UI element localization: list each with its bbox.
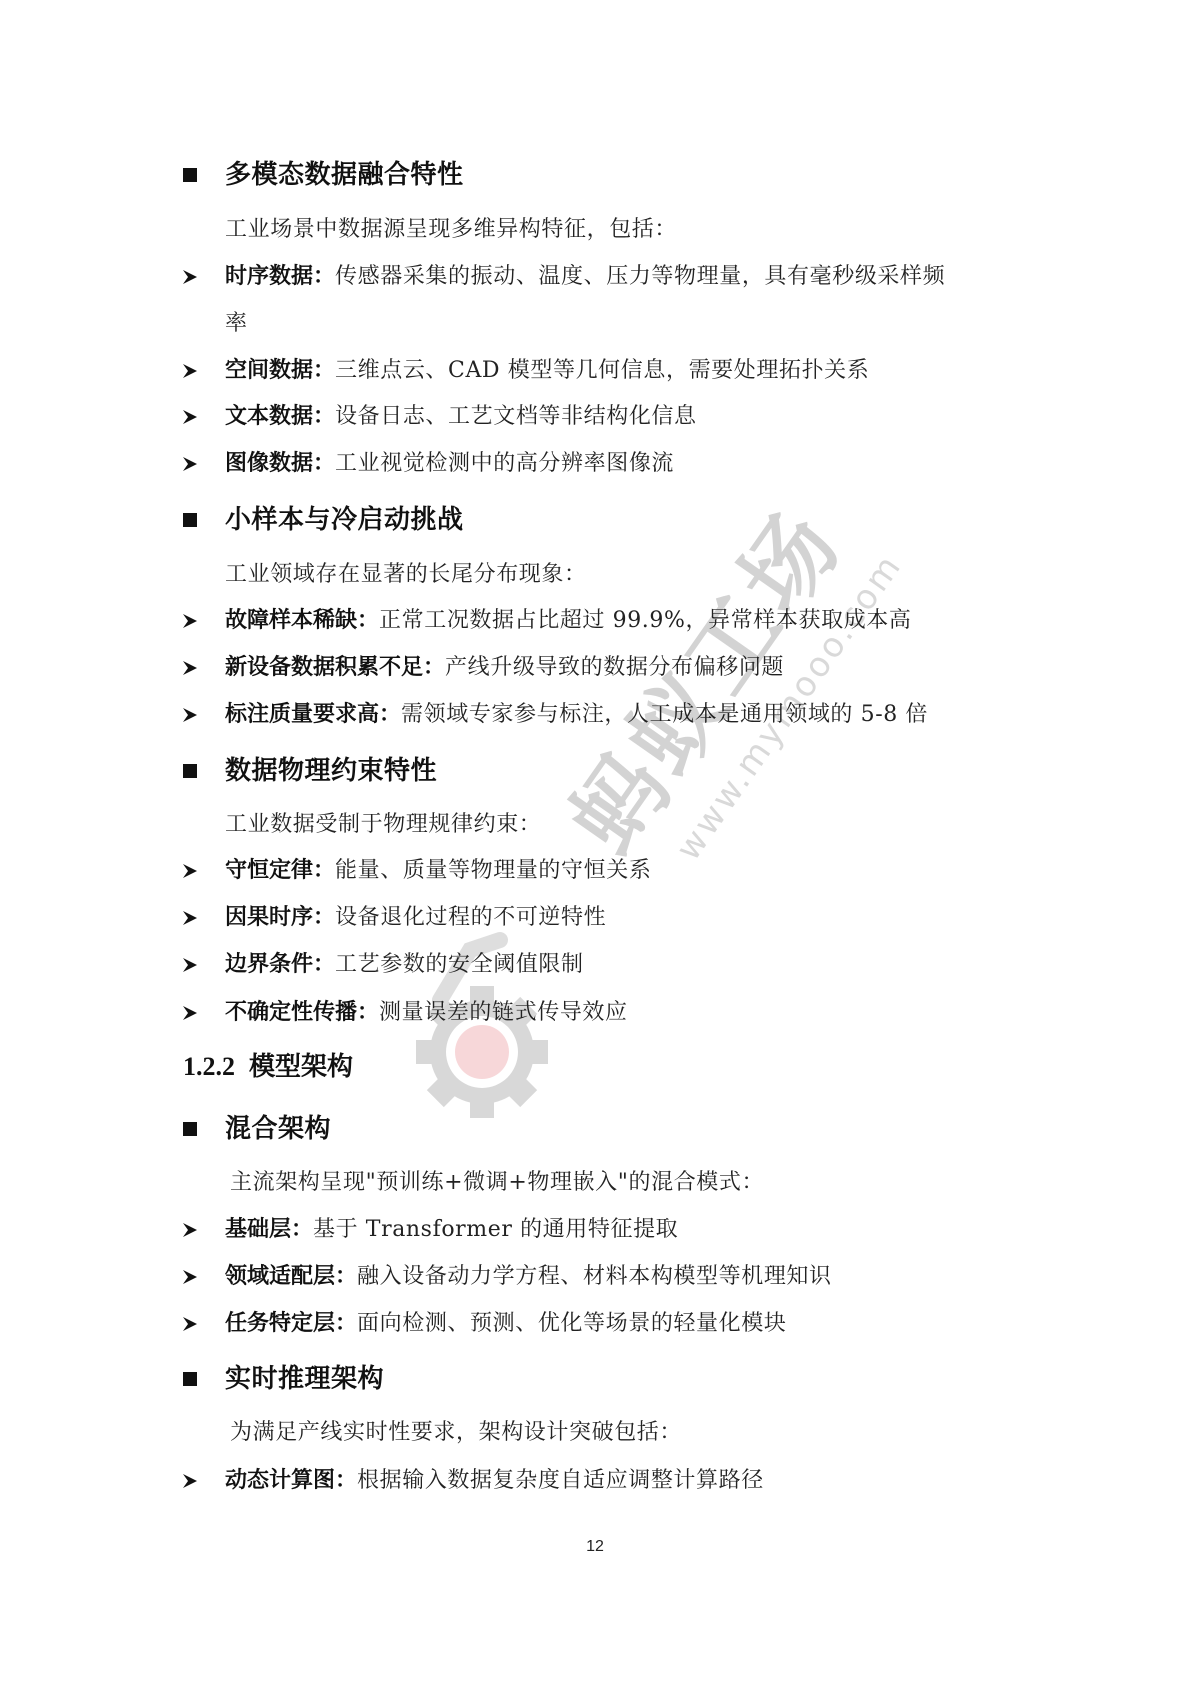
item-text: 工业视觉检测中的高分辨率图像流 xyxy=(335,451,674,476)
item-label: 领域适配层： xyxy=(225,1264,357,1289)
item-text: 产线升级导致的数据分布偏移问题 xyxy=(445,655,784,680)
item-text: 需领域专家参与标注，人工成本是通用领域的 5-8 倍 xyxy=(401,702,928,727)
item-text: 测量误差的链式传导效应 xyxy=(379,1000,628,1025)
square-bullet-icon xyxy=(183,513,197,527)
item-label: 文本数据： xyxy=(225,404,335,429)
list-item: 空间数据：三维点云、CAD 模型等几何信息，需要处理拓扑关系 xyxy=(0,351,1190,391)
list-item: 不确定性传播：测量误差的链式传导效应 xyxy=(0,993,1190,1033)
list-item: 守恒定律：能量、质量等物理量的守恒关系 xyxy=(0,851,1190,891)
list-item: 边界条件：工艺参数的安全阈值限制 xyxy=(0,945,1190,985)
list-item: 标注质量要求高：需领域专家参与标注，人工成本是通用领域的 5-8 倍 xyxy=(0,695,1190,735)
section-heading: 数据物理约束特性 xyxy=(0,751,1190,791)
item-text: 基于 Transformer 的通用特征提取 xyxy=(313,1217,678,1242)
item-label: 边界条件： xyxy=(225,952,335,977)
item-label: 动态计算图： xyxy=(225,1468,357,1493)
arrow-bullet-icon xyxy=(182,910,198,926)
subsection-heading: 1.2.2模型架构 xyxy=(0,1047,1190,1087)
square-bullet-icon xyxy=(183,168,197,182)
section-intro: 工业场景中数据源呈现多维异构特征，包括： xyxy=(0,210,1190,250)
square-bullet-icon xyxy=(183,764,197,778)
arrow-bullet-icon xyxy=(182,363,198,379)
heading-text: 数据物理约束特性 xyxy=(225,751,437,791)
arrow-bullet-icon xyxy=(182,660,198,676)
list-item: 因果时序：设备退化过程的不可逆特性 xyxy=(0,898,1190,938)
arrow-bullet-icon xyxy=(182,1222,198,1238)
item-text: 能量、质量等物理量的守恒关系 xyxy=(335,858,651,883)
item-label: 新设备数据积累不足： xyxy=(225,655,445,680)
item-label: 因果时序： xyxy=(225,905,335,930)
item-label: 不确定性传播： xyxy=(225,1000,379,1025)
item-text: 设备日志、工艺文档等非结构化信息 xyxy=(335,404,697,429)
arrow-bullet-icon xyxy=(182,1005,198,1021)
item-text: 根据输入数据复杂度自适应调整计算路径 xyxy=(357,1468,764,1493)
arrow-bullet-icon xyxy=(182,1316,198,1332)
arrow-bullet-icon xyxy=(182,863,198,879)
arrow-bullet-icon xyxy=(182,1473,198,1489)
square-bullet-icon xyxy=(183,1122,197,1136)
item-label: 图像数据： xyxy=(225,451,335,476)
item-text: 率 xyxy=(225,304,247,344)
arrow-bullet-icon xyxy=(182,456,198,472)
item-text: 三维点云、CAD 模型等几何信息，需要处理拓扑关系 xyxy=(335,358,869,383)
list-item: 动态计算图：根据输入数据复杂度自适应调整计算路径 xyxy=(0,1461,1190,1501)
list-item: 文本数据：设备日志、工艺文档等非结构化信息 xyxy=(0,397,1190,437)
heading-text: 实时推理架构 xyxy=(225,1359,384,1399)
intro-text: 为满足产线实时性要求，架构设计突破包括： xyxy=(230,1413,682,1453)
list-item: 图像数据：工业视觉检测中的高分辨率图像流 xyxy=(0,444,1190,484)
list-item: 基础层：基于 Transformer 的通用特征提取 xyxy=(0,1210,1190,1250)
item-text: 工艺参数的安全阈值限制 xyxy=(335,952,584,977)
item-label: 守恒定律： xyxy=(225,858,335,883)
arrow-bullet-icon xyxy=(182,1269,198,1285)
heading-text: 小样本与冷启动挑战 xyxy=(225,500,464,540)
item-label: 故障样本稀缺： xyxy=(225,608,379,633)
section-heading: 混合架构 xyxy=(0,1109,1190,1149)
page-number: 12 xyxy=(0,1538,1190,1556)
arrow-bullet-icon xyxy=(182,957,198,973)
intro-text: 主流架构呈现"预训练+微调+物理嵌入"的混合模式： xyxy=(230,1163,764,1203)
item-label: 标注质量要求高： xyxy=(225,702,401,727)
item-text: 设备退化过程的不可逆特性 xyxy=(335,905,606,930)
arrow-bullet-icon xyxy=(182,409,198,425)
intro-text: 工业数据受制于物理规律约束： xyxy=(225,805,541,845)
list-item-continuation: 率 xyxy=(0,304,1190,344)
item-label: 空间数据： xyxy=(225,358,335,383)
list-item: 领域适配层：融入设备动力学方程、材料本构模型等机理知识 xyxy=(0,1257,1190,1297)
heading-text: 多模态数据融合特性 xyxy=(225,155,464,195)
section-heading: 多模态数据融合特性 xyxy=(0,155,1190,195)
heading-text: 混合架构 xyxy=(225,1109,331,1149)
section-heading: 小样本与冷启动挑战 xyxy=(0,500,1190,540)
list-item: 任务特定层：面向检测、预测、优化等场景的轻量化模块 xyxy=(0,1304,1190,1344)
arrow-bullet-icon xyxy=(182,269,198,285)
section-intro: 为满足产线实时性要求，架构设计突破包括： xyxy=(0,1413,1190,1453)
section-intro: 主流架构呈现"预训练+微调+物理嵌入"的混合模式： xyxy=(0,1163,1190,1203)
list-item: 新设备数据积累不足：产线升级导致的数据分布偏移问题 xyxy=(0,648,1190,688)
subsection-number: 1.2.2 xyxy=(183,1052,235,1081)
square-bullet-icon xyxy=(183,1372,197,1386)
list-item: 故障样本稀缺：正常工况数据占比超过 99.9%，异常样本获取成本高 xyxy=(0,601,1190,641)
document-page: 蚂蚁工场 www.mymooo.com 多模态数据融合特性 工业场景中数据源呈现… xyxy=(0,0,1190,1683)
item-text: 传感器采集的振动、温度、压力等物理量，具有毫秒级采样频 xyxy=(335,264,945,289)
arrow-bullet-icon xyxy=(182,707,198,723)
item-label: 基础层： xyxy=(225,1217,313,1242)
item-label: 任务特定层： xyxy=(225,1311,357,1336)
subsection-title: 模型架构 xyxy=(249,1052,353,1082)
item-text: 正常工况数据占比超过 99.9%，异常样本获取成本高 xyxy=(379,608,911,633)
item-text: 面向检测、预测、优化等场景的轻量化模块 xyxy=(357,1311,786,1336)
intro-text: 工业场景中数据源呈现多维异构特征，包括： xyxy=(225,210,677,250)
section-intro: 工业领域存在显著的长尾分布现象： xyxy=(0,555,1190,595)
item-label: 时序数据： xyxy=(225,264,335,289)
intro-text: 工业领域存在显著的长尾分布现象： xyxy=(225,555,587,595)
section-intro: 工业数据受制于物理规律约束： xyxy=(0,805,1190,845)
item-text: 融入设备动力学方程、材料本构模型等机理知识 xyxy=(357,1264,832,1289)
arrow-bullet-icon xyxy=(182,613,198,629)
section-heading: 实时推理架构 xyxy=(0,1359,1190,1399)
list-item: 时序数据：传感器采集的振动、温度、压力等物理量，具有毫秒级采样频 xyxy=(0,257,1190,297)
